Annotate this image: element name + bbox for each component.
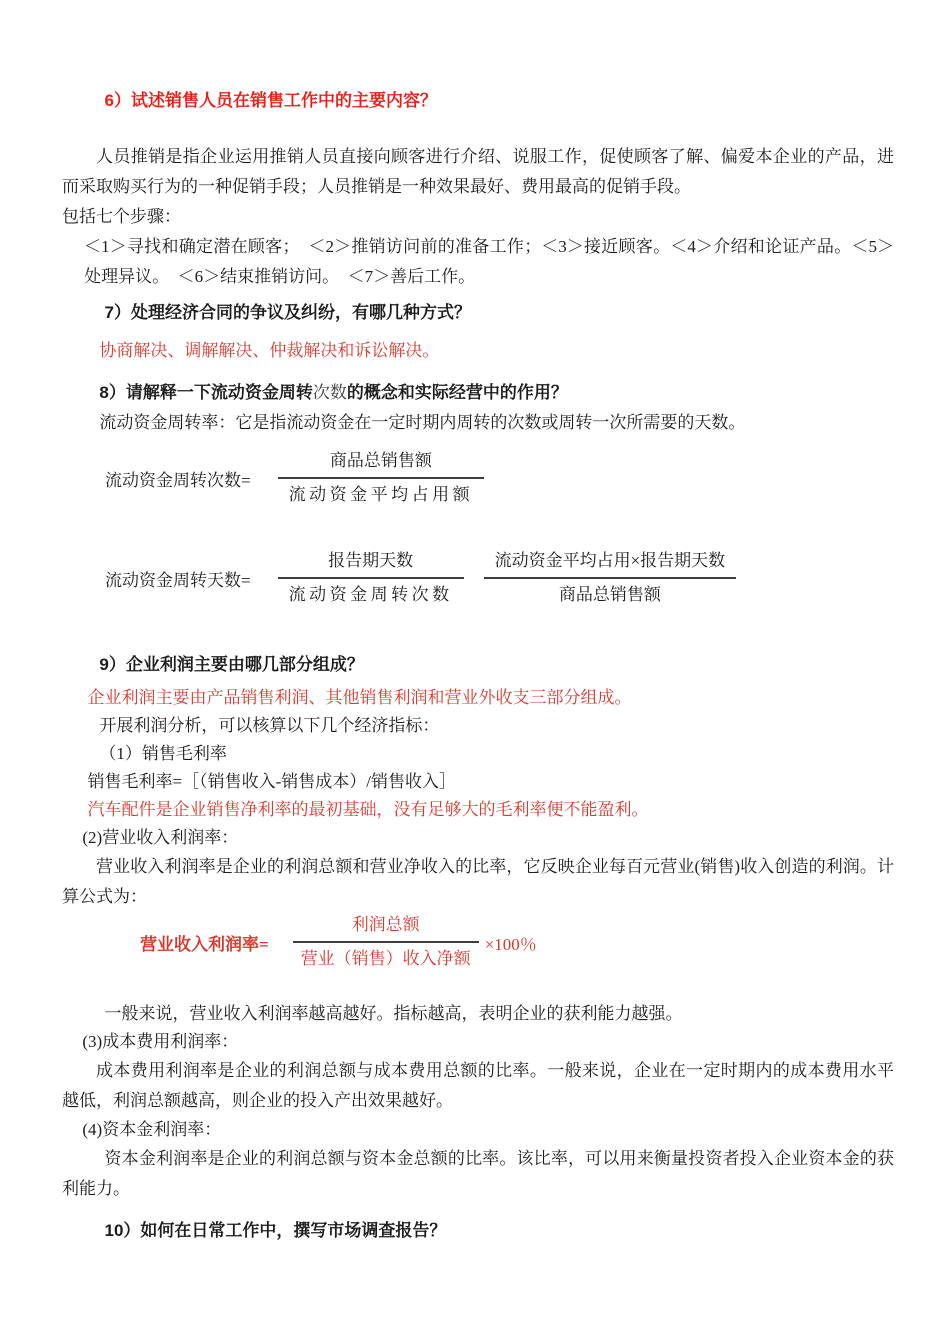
- paragraph-cost-profit-desc: 成本费用利润率是企业的利润总额与成本费用总额的比率。一般来说，企业在一定时期内的…: [62, 1056, 894, 1116]
- paragraph-gross-margin-formula: 销售毛利率=［（销售收入-销售成本）/销售收入］: [62, 768, 894, 796]
- answer-9-red: 企业利润主要由产品销售利润、其他销售利润和营业外收支三部分组成。: [62, 684, 894, 712]
- fraction-denominator: 营业（销售）收入净额: [295, 946, 477, 972]
- fraction-days-2: 流动资金平均占用×报告期天数 商品总销售额: [489, 548, 732, 608]
- formula-multiply-100-percent: ×100％: [485, 930, 537, 955]
- question-8-heading-bold-1: 8）请解释一下流动资金周转: [99, 383, 312, 402]
- paragraph-revenue-profit-desc: 营业收入利润率是企业的利润总额和营业净收入的比率，它反映企业每百元营业(销售)收…: [62, 852, 894, 912]
- paragraph-turnover-definition: 流动资金周转率：它是指流动资金在一定时期内周转的次数或周转一次所需要的天数。: [62, 408, 894, 438]
- question-8-heading: 8）请解释一下流动资金周转次数的概念和实际经营中的作用？: [62, 380, 894, 406]
- fraction-bar: [278, 577, 464, 579]
- paragraph-item-4-capital-profit-rate: (4)资本金利润率：: [62, 1116, 894, 1144]
- formula-turnover-times: 流动资金周转次数= 商品总销售额 流动资金平均占用额: [105, 448, 894, 508]
- paragraph-seven-steps-list: ＜1＞寻找和确定潜在顾客； ＜2＞推销访问前的准备工作；＜3＞接近顾客。＜4＞介…: [62, 232, 894, 292]
- formula-turnover-times-label: 流动资金周转次数=: [105, 466, 251, 491]
- formula-revenue-profit-rate: 营业收入利润率= 利润总额 营业（销售）收入净额 ×100％: [140, 912, 894, 972]
- question-7-heading: 7）处理经济合同的争议及纠纷，有哪几种方式？: [62, 300, 894, 326]
- formula-revenue-label: 营业收入利润率=: [140, 930, 269, 955]
- question-6-heading: 6）试述销售人员在销售工作中的主要内容？: [62, 88, 894, 114]
- fraction-bar: [484, 577, 737, 579]
- paragraph-auto-parts-note-red: 汽车配件是企业销售净利率的最初基础，没有足够大的毛利率便不能盈利。: [62, 796, 894, 824]
- question-9-heading: 9）企业利润主要由哪几部分组成？: [62, 652, 894, 678]
- paragraph-personal-selling: 人员推销是指企业运用推销人员直接向顾客进行介绍、说服工作，促使顾客了解、偏爱本企…: [62, 142, 894, 202]
- fraction-revenue: 利润总额 营业（销售）收入净额: [295, 912, 477, 972]
- fraction-bar: [278, 477, 485, 479]
- fraction-numerator: 流动资金平均占用×报告期天数: [489, 548, 732, 574]
- paragraph-capital-profit-desc: 资本金利润率是企业的利润总额与资本金总额的比率。该比率，可以用来衡量投资者投入企…: [62, 1144, 894, 1204]
- formula-turnover-days-label: 流动资金周转天数=: [105, 566, 251, 591]
- paragraph-item-2-revenue-profit-rate: (2)营业收入利润率：: [62, 824, 894, 852]
- fraction-denominator: 流动资金周转次数: [283, 582, 459, 608]
- fraction-numerator: 利润总额: [346, 912, 426, 938]
- paragraph-seven-steps-intro: 包括七个步骤：: [62, 202, 894, 232]
- fraction-bar: [293, 941, 479, 943]
- formula-turnover-days: 流动资金周转天数= 报告期天数 流动资金周转次数 流动资金平均占用×报告期天数 …: [105, 548, 894, 608]
- question-8-heading-normal: 次数: [313, 383, 347, 402]
- paragraph-profit-analysis: 开展利润分析，可以核算以下几个经济指标：: [62, 712, 894, 740]
- question-10-heading: 10）如何在日常工作中，撰写市场调查报告？: [62, 1218, 894, 1244]
- paragraph-item-3-cost-profit-rate: (3)成本费用利润率：: [62, 1028, 894, 1056]
- fraction-numerator: 报告期天数: [322, 548, 419, 574]
- fraction-days-1: 报告期天数 流动资金周转次数: [283, 548, 459, 608]
- document-page: 6）试述销售人员在销售工作中的主要内容？ 人员推销是指企业运用推销人员直接向顾客…: [0, 0, 950, 1344]
- question-8-heading-bold-2: 的概念和实际经营中的作用？: [347, 383, 568, 402]
- paragraph-general-rule: 一般来说，营业收入利润率越高越好。指标越高，表明企业的获利能力越强。: [62, 1000, 894, 1028]
- paragraph-item-1-gross-margin: （1）销售毛利率: [62, 740, 894, 768]
- fraction-denominator: 流动资金平均占用额: [283, 482, 480, 508]
- fraction-turnover-times: 商品总销售额 流动资金平均占用额: [283, 448, 480, 508]
- fraction-numerator: 商品总销售额: [324, 448, 438, 474]
- fraction-denominator: 商品总销售额: [553, 582, 667, 608]
- answer-7-red: 协商解决、调解解决、仲裁解决和诉讼解决。: [62, 336, 894, 366]
